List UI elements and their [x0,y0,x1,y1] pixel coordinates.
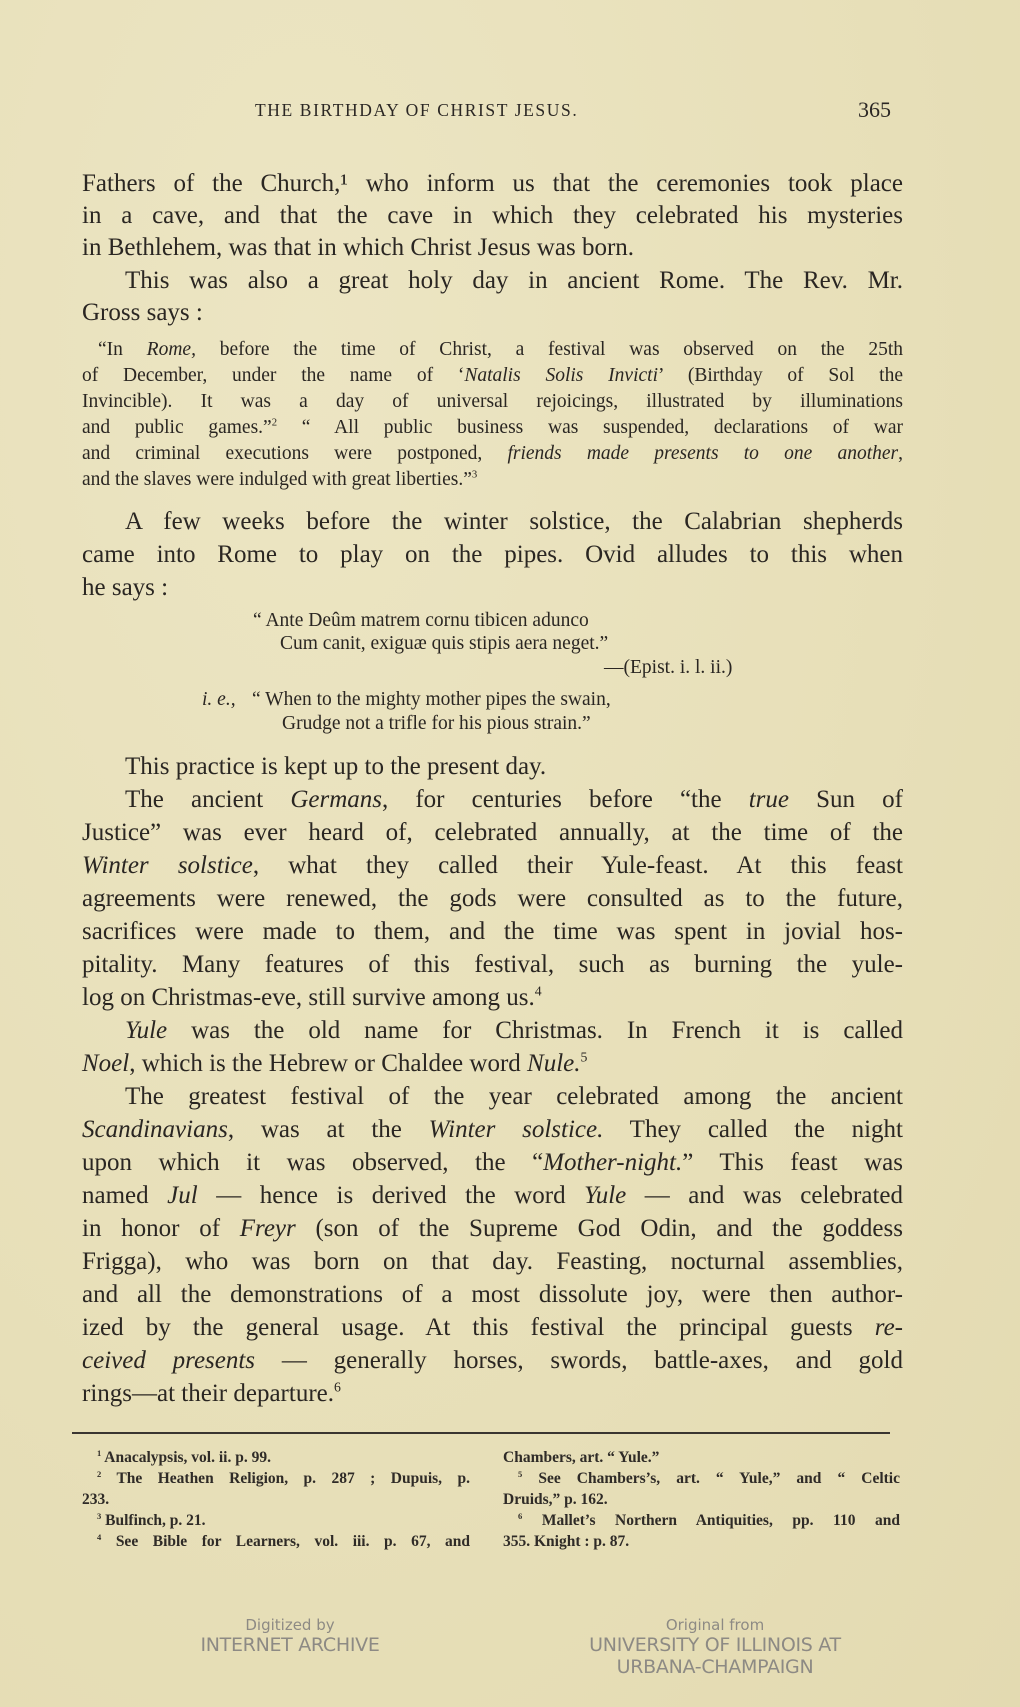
italic-text: Winter solstice [82,852,253,879]
italic-text: Noel [82,1050,129,1077]
body-line: The ancient Germans, for centuries befor… [125,786,903,814]
verse-line: “ When to the mighty mother pipes the sw… [252,689,611,711]
text: , [898,443,903,464]
body-line: Gross says : [82,299,903,327]
italic-text: Nule. [527,1050,580,1077]
body-line: in honor of Freyr (son of the Supreme Go… [82,1215,903,1243]
text: upon which it was observed, the “ [82,1149,543,1176]
body-line: Scandinavians, was at the Winter solstic… [82,1116,903,1144]
body-line: This practice is kept up to the present … [125,753,903,781]
body-line: The greatest festival of the year celebr… [125,1083,903,1111]
footnote-number: 3 [97,1511,101,1521]
running-title: THE BIRTHDAY OF CHRIST JESUS. [255,100,578,121]
footnote-5-cont: Druids,” p. 162. [503,1491,900,1509]
italic-text: Mother-night. [543,1149,682,1176]
body-line: named Jul — hence is derived the word Yu… [82,1182,903,1210]
text: in honor of [82,1215,240,1242]
footnote-number: 2 [97,1469,101,1479]
text: was the old name for Christmas. In Frenc… [167,1017,903,1044]
quote-line: Invincible). It was a day of universal r… [82,391,903,413]
quote-line: “In Rome, before the time of Christ, a f… [98,339,903,361]
watermark-source: INTERNET ARCHIVE [170,1634,410,1656]
italic-text: Scandinavians [82,1116,228,1143]
footnote-text: The Heathen Religion, p. 287 ; Dupuis, p… [116,1470,470,1487]
italic-text: Natalis Solis Invicti [464,365,658,386]
body-line: he says : [82,574,903,602]
body-line: agreements were renewed, the gods were c… [82,885,903,913]
text: log on Christmas-eve, still survive amon… [82,984,535,1011]
text: — hence is derived the word [198,1182,584,1209]
verse-citation: —(Epist. i. l. ii.) [604,657,732,679]
footnote-2: 2 The Heathen Religion, p. 287 ; Dupuis,… [97,1470,470,1488]
italic-text: Jul [167,1182,198,1209]
text: Sun of [789,786,903,813]
text: and public games.” [82,417,272,438]
italic-text: re- [875,1314,903,1341]
footnote-number: 4 [97,1532,101,1542]
text: ized by the general usage. At this festi… [82,1314,875,1341]
footnote-text: Mallet’s Northern Antiquities, pp. 110 a… [542,1512,900,1529]
verse-line: “ Ante Deûm matrem cornu tibicen adunco [253,610,589,632]
body-line: Yule was the old name for Christmas. In … [125,1017,903,1045]
footnote-6: 6 Mallet’s Northern Antiquities, pp. 110… [518,1512,900,1530]
verse-line: Cum canit, exiguæ quis stipis aera neget… [280,633,608,655]
text: rings—at their departure. [82,1380,334,1407]
italic-text: Yule [125,1017,167,1044]
italic-text: Rome, [147,339,196,360]
italic-text: Yule [584,1182,626,1209]
footnote-text: Bulfinch, p. 21. [105,1512,205,1529]
body-line: upon which it was observed, the “Mother-… [82,1149,903,1177]
body-line: Frigga), who was born on that day. Feast… [82,1248,903,1276]
watermark-label: Original from [555,1616,875,1634]
text: and the slaves were indulged with great … [82,469,472,490]
footnote-ref: 6 [334,1380,341,1395]
body-line: A few weeks before the winter solstice, … [125,508,903,536]
footnote-text: Anacalypsis, vol. ii. p. 99. [104,1449,271,1466]
quote-line: and public games.”2 “ All public busines… [82,417,903,439]
body-line: came into Rome to play on the pipes. Ovi… [82,541,903,569]
footnote-number: 1 [97,1448,101,1458]
verse-line: Grudge not a trifle for his pious strain… [282,713,591,735]
body-line: Noel, which is the Hebrew or Chaldee wor… [82,1050,903,1078]
watermark-original: Original from UNIVERSITY OF ILLINOIS AT … [555,1616,875,1678]
text: “ All public business was suspended, dec… [277,417,903,438]
body-line: and all the demonstrations of a most dis… [82,1281,903,1309]
footnote-2-cont: 233. [82,1491,470,1509]
text: ’ (Birthday of Sol the [658,365,903,386]
watermark-label: Digitized by [170,1616,410,1634]
text: and criminal executions were postponed, [82,443,507,464]
text: (son of the Supreme God Odin, and the go… [296,1215,903,1242]
verse-ie-label: i. e., [202,689,236,711]
footnote-3: 3 Bulfinch, p. 21. [97,1512,470,1530]
body-line: ceived presents — generally horses, swor… [82,1347,903,1375]
watermark-institution: UNIVERSITY OF ILLINOIS AT [555,1634,875,1656]
text: ” This feast was [682,1149,903,1176]
quote-line: and criminal executions were postponed, … [82,443,903,465]
text: , what they called their Yule-feast. At … [253,852,903,879]
footnote-number: 6 [518,1511,522,1521]
footnote-text: See Chambers’s, art. “ Yule,” and “ Celt… [538,1470,900,1487]
italic-text: friends made presents to one another [507,443,898,464]
italic-text: Germans [290,786,382,813]
body-line: This was also a great holy day in ancien… [125,267,903,295]
body-line: in Bethlehem, was that in which Christ J… [82,234,903,262]
page-number: 365 [858,97,891,123]
footnote-number: 5 [518,1469,522,1479]
text: — generally horses, swords, battle-axes,… [255,1347,903,1374]
body-line: rings—at their departure.6 [82,1380,903,1408]
footnote-4: 4 See Bible for Learners, vol. iii. p. 6… [97,1533,470,1551]
text: , for centuries before “the [382,786,749,813]
footnote-6-cont: 355. Knight : p. 87. [503,1533,900,1551]
text: , was at the [228,1116,429,1143]
text: They called the night [603,1116,903,1143]
quote-line: and the slaves were indulged with great … [82,469,903,491]
footnote-ref: 5 [581,1050,588,1065]
text: , which is the Hebrew or Chaldee word [129,1050,527,1077]
italic-text: Winter solstice. [429,1116,604,1143]
italic-text: ceived presents [82,1347,255,1374]
footnote-ref: 3 [472,469,477,481]
watermark-institution: URBANA-CHAMPAIGN [555,1656,875,1678]
body-line: ized by the general usage. At this festi… [82,1314,903,1342]
text: — and was celebrated [626,1182,903,1209]
footnote-ref: 4 [535,984,542,999]
footnote-4-cont: Chambers, art. “ Yule.” [503,1449,900,1467]
italic-text: true [749,786,789,813]
text: of December, under the name of ‘ [82,365,464,386]
body-line: Winter solstice, what they called their … [82,852,903,880]
text: named [82,1182,167,1209]
footnote-1: 1 Anacalypsis, vol. ii. p. 99. [97,1449,470,1467]
body-line: pitality. Many features of this festival… [82,951,903,979]
body-line: Fathers of the Church,¹ who inform us th… [82,170,903,198]
footnote-divider [72,1432,890,1434]
watermark-digitized: Digitized by INTERNET ARCHIVE [170,1616,410,1656]
text: The ancient [125,786,290,813]
footnote-5: 5 See Chambers’s, art. “ Yule,” and “ Ce… [518,1470,900,1488]
text: “In [98,339,147,360]
body-line: Justice” was ever heard of, celebrated a… [82,819,903,847]
quote-line: of December, under the name of ‘Natalis … [82,365,903,387]
body-line: sacrifices were made to them, and the ti… [82,918,903,946]
book-page: THE BIRTHDAY OF CHRIST JESUS. 365 Father… [0,0,1020,1707]
body-line: log on Christmas-eve, still survive amon… [82,984,903,1012]
italic-text: Freyr [240,1215,296,1242]
body-line: in a cave, and that the cave in which th… [82,202,903,230]
text: before the time of Christ, a festival wa… [196,339,903,360]
footnote-text: See Bible for Learners, vol. iii. p. 67,… [116,1533,470,1550]
